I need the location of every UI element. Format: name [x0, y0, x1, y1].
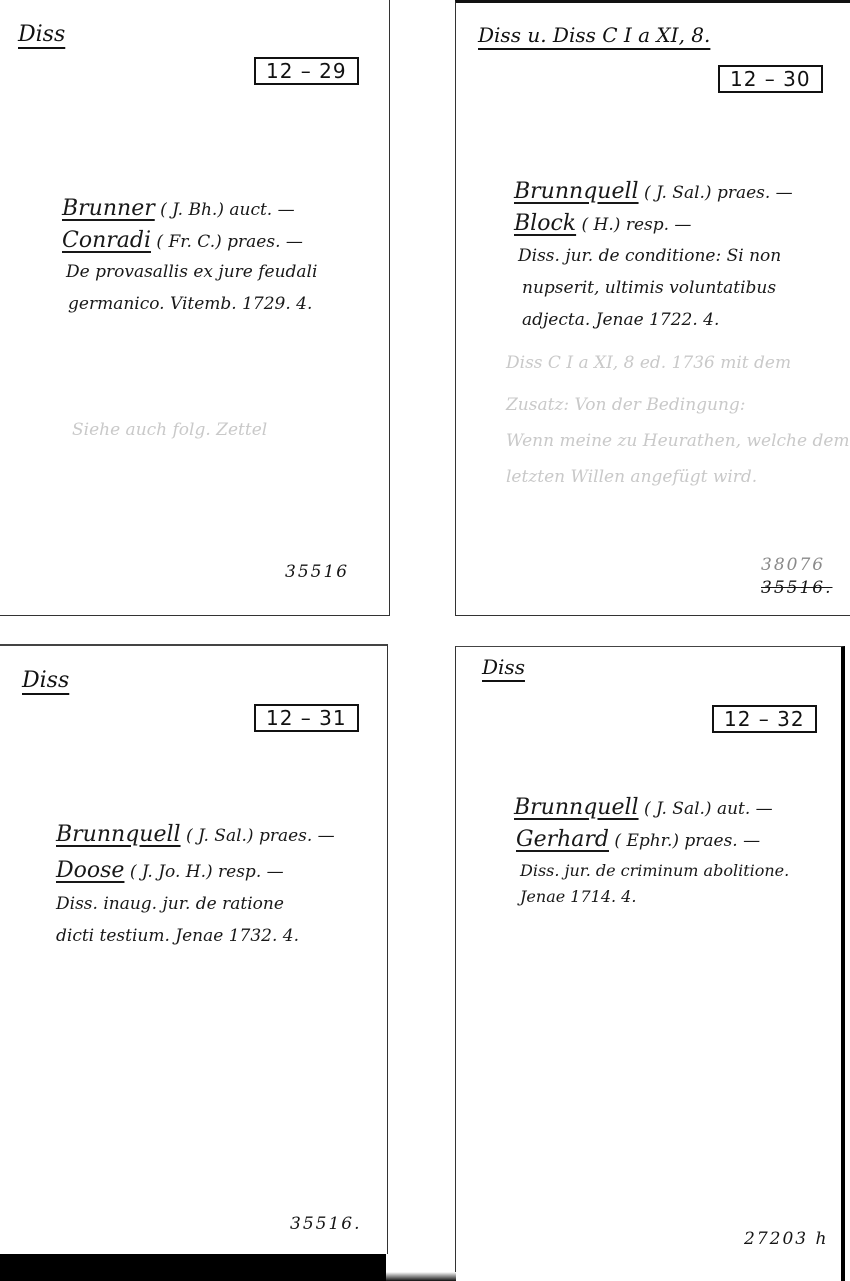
praeses-name: Conradi: [62, 228, 151, 253]
scan-edge-shadow-gradient: [386, 1272, 456, 1281]
faint-pencil-note-line-4: letzten Willen angefügt wird.: [506, 467, 757, 487]
title-line-2: dicti testium. Jenae 1732. 4.: [56, 926, 299, 946]
catalog-card-12-29: Diss 12 – 29 Brunner ( J. Bh.) auct. — C…: [0, 0, 390, 616]
author-line: Brunner ( J. Bh.) auct. —: [62, 196, 295, 221]
title-line-1: Diss. jur. de criminum abolitione.: [520, 861, 789, 880]
card-category-tag: Diss: [18, 22, 65, 47]
respondent-name: Doose: [56, 858, 124, 883]
catalog-card-12-32: Diss 12 – 32 Brunnquell ( J. Sal.) aut. …: [455, 646, 845, 1281]
call-number-box: 12 – 31: [254, 704, 359, 732]
title-line-2: Jenae 1714. 4.: [520, 887, 636, 906]
title-line-3: adjecta. Jenae 1722. 4.: [522, 310, 719, 330]
card-category-tag: Diss: [22, 668, 69, 693]
praeses-line: Brunnquell ( J. Sal.) praes. —: [56, 822, 335, 847]
praeses-line: Gerhard ( Ephr.) praes. —: [516, 827, 760, 852]
card-category-tag: Diss u. Diss C I a XI, 8.: [478, 23, 710, 47]
faint-pencil-note-line-1: Diss C I a XI, 8 ed. 1736 mit dem: [506, 353, 791, 373]
praeses-name: Brunnquell: [56, 822, 181, 847]
praeses-role: ( J. Sal.) praes. —: [186, 826, 335, 846]
praeses-name: Gerhard: [516, 827, 609, 852]
faint-pencil-note-line-3: Wenn meine zu Heurathen, welche dem: [506, 431, 850, 451]
call-number-box: 12 – 32: [712, 705, 817, 733]
author-role: ( J. Bh.) auct. —: [160, 200, 294, 220]
title-line-1: Diss. jur. de conditione: Si non: [518, 246, 781, 266]
praeses-name: Brunnquell: [514, 179, 639, 204]
accession-number: 35516.: [290, 1214, 361, 1234]
faint-pencil-note-line-2: Zusatz: Von der Bedingung:: [506, 395, 746, 415]
praeses-role: ( Fr. C.) praes. —: [156, 232, 302, 252]
accession-number: 27203 h: [744, 1229, 828, 1249]
accession-number: 35516: [285, 562, 349, 582]
accession-number-old: 35516.: [761, 578, 832, 598]
title-line-1: De provasallis ex jure feudali: [66, 262, 317, 282]
title-line-2: germanico. Vitemb. 1729. 4.: [68, 294, 312, 314]
author-line: Brunnquell ( J. Sal.) aut. —: [514, 795, 773, 820]
catalog-card-12-31: Diss 12 – 31 Brunnquell ( J. Sal.) praes…: [0, 644, 388, 1254]
praeses-role: ( J. Sal.) praes. —: [644, 183, 793, 203]
respondent-role: ( H.) resp. —: [582, 215, 692, 235]
author-name: Brunner: [62, 196, 155, 221]
respondent-role: ( J. Jo. H.) resp. —: [130, 862, 284, 882]
title-line-1: Diss. inaug. jur. de ratione: [56, 894, 284, 914]
scan-edge-shadow: [0, 1254, 386, 1281]
praeses-line: Conradi ( Fr. C.) praes. —: [62, 228, 303, 253]
author-name: Brunnquell: [514, 795, 639, 820]
accession-number-new: 38076: [761, 555, 825, 575]
respondent-line: Block ( H.) resp. —: [514, 211, 691, 236]
author-role: ( J. Sal.) aut. —: [644, 799, 773, 819]
respondent-name: Block: [514, 211, 576, 236]
call-number-box: 12 – 29: [254, 57, 359, 85]
catalog-card-12-30: Diss u. Diss C I a XI, 8. 12 – 30 Brunnq…: [455, 0, 850, 616]
respondent-line: Doose ( J. Jo. H.) resp. —: [56, 858, 284, 883]
title-line-2: nupserit, ultimis voluntatibus: [522, 278, 776, 298]
praeses-role: ( Ephr.) praes. —: [614, 831, 760, 851]
call-number-box: 12 – 30: [718, 65, 823, 93]
faint-pencil-note: Siehe auch folg. Zettel: [72, 420, 267, 440]
card-category-tag: Diss: [482, 655, 525, 679]
praeses-line: Brunnquell ( J. Sal.) praes. —: [514, 179, 793, 204]
